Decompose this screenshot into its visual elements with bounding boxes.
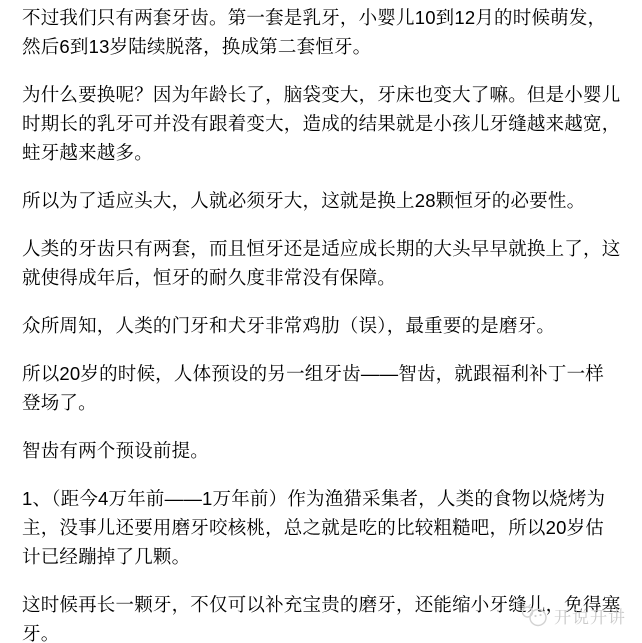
paragraph-premise-one: 1、（距今4万年前——1万年前）作为渔猎采集者，人类的食物以烧烤为 主，没事儿还… [22,484,624,571]
paragraph-wisdom-teeth: 所以20岁的时候，人体预设的另一组牙齿——智齿，就跟福利补丁一样 登场了。 [22,359,624,417]
speech-bubbles-icon [519,603,549,628]
paragraph-why-replace: 为什么要换呢？因为年龄长了，脑袋变大，牙床也变大了嘛。但是小婴儿 时期长的乳牙可… [22,80,624,167]
paragraph-two-premises: 智齿有两个预设前提。 [22,436,624,465]
paragraph-head-growth: 所以为了适应头大，人就必须牙大，这就是换上28颗恒牙的必要性。 [22,186,624,215]
watermark-label: 开说开讲 [554,603,626,628]
paragraph-molars: 众所周知，人类的门牙和犬牙非常鸡肋（误），最重要的是磨牙。 [22,311,624,340]
watermark: 开说开讲 [519,603,626,628]
paragraph-teeth-sets: 不过我们只有两套牙齿。第一套是乳牙，小婴儿10到12月的时候萌发， 然后6到13… [22,3,624,61]
paragraph-durability: 人类的牙齿只有两套，而且恒牙还是适应成长期的大头早早就换上了，这 就使得成年后，… [22,234,624,292]
article-body: 不过我们只有两套牙齿。第一套是乳牙，小婴儿10到12月的时候萌发， 然后6到13… [0,0,642,643]
